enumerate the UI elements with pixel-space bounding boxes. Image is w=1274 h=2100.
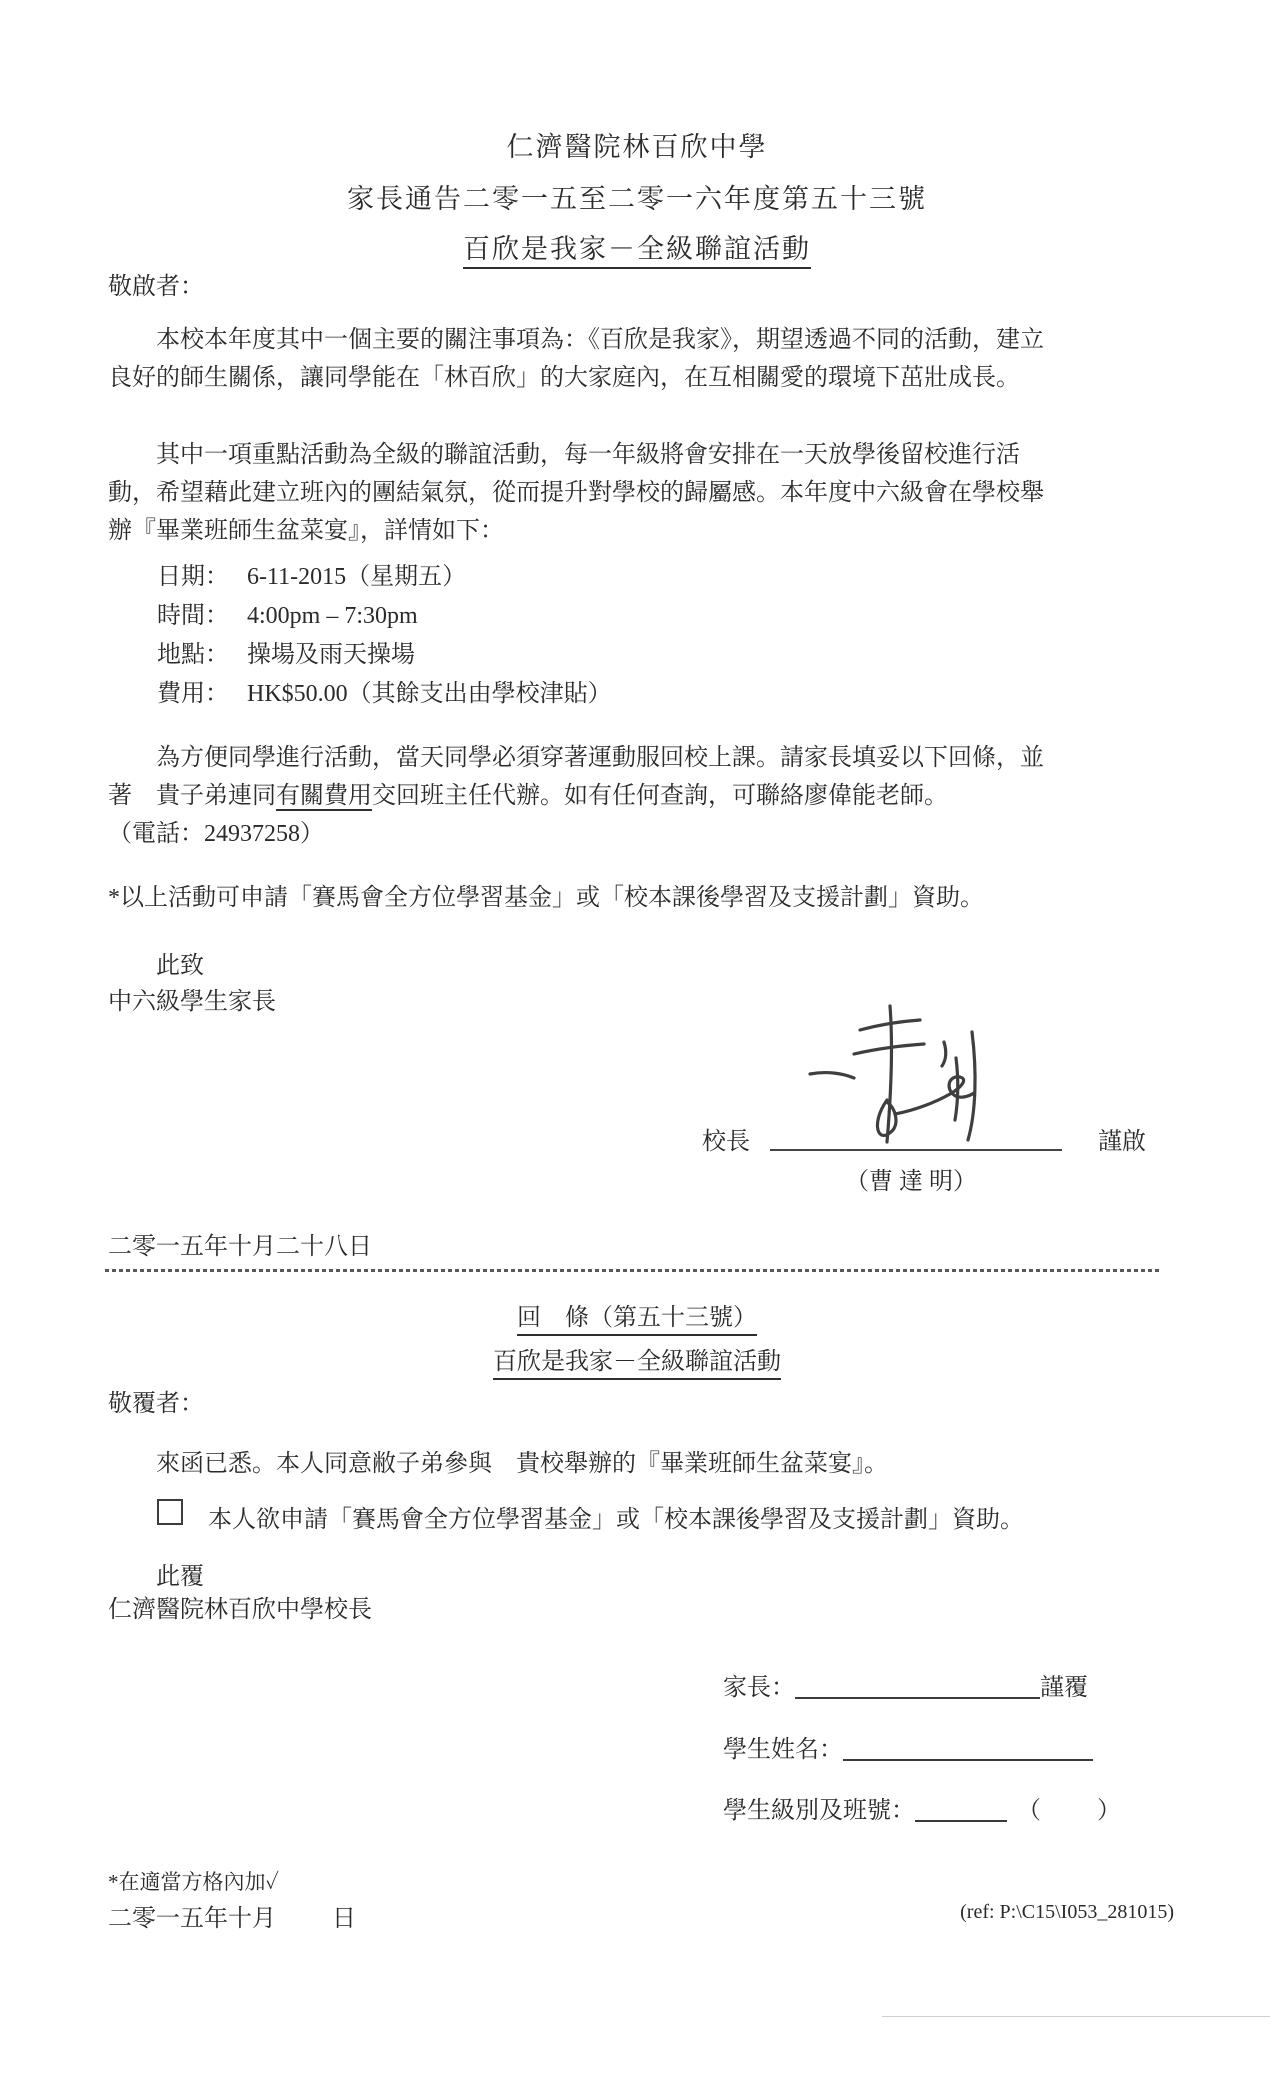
detail-row-fee: 費用：HK$50.00（其餘支出由學校津貼） xyxy=(157,675,612,714)
student-class-label: 學生級別及班號： xyxy=(723,1798,915,1824)
paragraph-line: 辦『畢業班師生盆菜宴』，詳情如下： xyxy=(108,512,1164,550)
student-name-field[interactable] xyxy=(843,1735,1093,1761)
reply-date-suffix: 日 xyxy=(332,1906,356,1932)
reply-body: 來函已悉。本人同意敝子弟參與 貴校舉辦的『畢業班師生盆菜宴』。 xyxy=(156,1443,888,1478)
detail-label: 地點： xyxy=(157,636,233,675)
student-class-field[interactable] xyxy=(915,1796,1007,1822)
notice-header: 仁濟醫院林百欣中學 家長通告二零一五至二零一六年度第五十三號 百欣是我家－全級聯… xyxy=(0,125,1274,266)
signature-line xyxy=(770,1149,1062,1151)
reply-header: 回 條（第五十三號） 百欣是我家－全級聯誼活動 xyxy=(0,1297,1274,1376)
tick-footnote: *在適當方格內加✓ xyxy=(108,1866,279,1896)
paragraph-line: 為方便同學進行活動，當天同學必須穿著運動服回校上課。請家長填妥以下回條，並 xyxy=(108,739,1164,777)
signature-suffix: 謹啟 xyxy=(1098,1121,1146,1156)
closing-salute: 此致 xyxy=(156,945,204,980)
paragraph-line: 本校本年度其中一個主要的關注事項為：《百欣是我家》，期望透過不同的活動，建立 xyxy=(108,321,1164,359)
notice-paragraph-3: 為方便同學進行活動，當天同學必須穿著運動服回校上課。請家長填妥以下回條，並 著 … xyxy=(108,739,1164,853)
notice-paragraph-2: 其中一項重點活動為全級的聯誼活動，每一年級將會安排在一天放學後留校進行活 動，希… xyxy=(108,436,1164,550)
underlined-fee-text: 有關費用 xyxy=(276,783,372,811)
notice-paragraph-1: 本校本年度其中一個主要的關注事項為：《百欣是我家》，期望透過不同的活動，建立 良… xyxy=(108,321,1164,397)
paragraph-line: 良好的師生關係，讓同學能在「林百欣」的大家庭內，在互相關愛的環境下茁壯成長。 xyxy=(108,359,1164,397)
parent-name-field[interactable] xyxy=(795,1673,1040,1699)
event-details-list: 日期：6-11-2015（星期五） 時間：4:00pm – 7:30pm 地點：… xyxy=(157,558,612,714)
phone-line: （電話：24937258） xyxy=(108,815,1164,853)
principal-signature-image xyxy=(798,1000,993,1152)
student-name-row: 學生姓名： xyxy=(723,1729,1093,1764)
detail-row-time: 時間：4:00pm – 7:30pm xyxy=(157,597,612,636)
detail-value: 操場及雨天操場 xyxy=(247,642,415,668)
reply-closing-salute: 此覆 xyxy=(156,1556,204,1591)
paragraph-line: 其中一項重點活動為全級的聯誼活動，每一年級將會安排在一天放學後留校進行活 xyxy=(108,436,1164,474)
notice-number-line: 家長通告二零一五至二零一六年度第五十三號 xyxy=(0,177,1274,216)
paragraph-line: 動，希望藉此建立班內的團結氣氛，從而提升對學校的歸屬感。本年度中六級會在學校舉 xyxy=(108,474,1164,512)
scanned-notice-page: 仁濟醫院林百欣中學 家長通告二零一五至二零一六年度第五十三號 百欣是我家－全級聯… xyxy=(0,0,1274,2100)
paragraph-segment: 著 貴子弟連同 xyxy=(108,783,276,809)
recipients-line: 中六級學生家長 xyxy=(108,981,276,1016)
notice-salutation: 敬啟者： xyxy=(108,266,204,301)
reply-date-row: 二零一五年十月日 xyxy=(108,1898,356,1933)
class-paren-open: （ xyxy=(1017,1798,1041,1824)
detail-value: HK$50.00（其餘支出由學校津貼） xyxy=(247,681,612,707)
school-name: 仁濟醫院林百欣中學 xyxy=(0,125,1274,164)
parent-signature-row: 家長：謹覆 xyxy=(723,1667,1088,1702)
paragraph-line: 著 貴子弟連同有關費用交回班主任代辦。如有任何查詢，可聯絡廖偉能老師。 xyxy=(108,777,1164,815)
funding-checkbox[interactable] xyxy=(157,1499,183,1525)
detail-row-venue: 地點：操場及雨天操場 xyxy=(157,636,612,675)
reply-subtitle: 百欣是我家－全級聯誼活動 xyxy=(493,1349,781,1380)
parent-label: 家長： xyxy=(723,1675,795,1701)
detail-value: 4:00pm – 7:30pm xyxy=(247,603,418,629)
student-class-row: 學生級別及班號：（） xyxy=(723,1790,1121,1825)
parent-suffix: 謹覆 xyxy=(1040,1675,1088,1701)
detail-label: 時間： xyxy=(157,597,233,636)
detail-label: 費用： xyxy=(157,675,233,714)
tear-off-divider xyxy=(105,1269,1161,1272)
paragraph-segment: 交回班主任代辦。如有任何查詢，可聯絡廖偉能老師。 xyxy=(372,783,948,809)
detail-value: 6-11-2015（星期五） xyxy=(247,564,466,590)
reply-date-prefix: 二零一五年十月 xyxy=(108,1906,276,1932)
funding-checkbox-label: 本人欲申請「賽馬會全方位學習基金」或「校本課後學習及支援計劃」資助。 xyxy=(208,1499,1024,1534)
reply-salutation: 敬覆者： xyxy=(108,1383,204,1418)
file-reference: (ref: P:\C15\I053_281015) xyxy=(960,1901,1174,1924)
principal-label: 校長 xyxy=(702,1121,750,1156)
notice-date: 二零一五年十月二十八日 xyxy=(108,1226,372,1261)
principal-name: （曹 達 明） xyxy=(845,1161,977,1196)
detail-label: 日期： xyxy=(157,558,233,597)
funding-note: *以上活動可申請「賽馬會全方位學習基金」或「校本課後學習及支援計劃」資助。 xyxy=(108,877,984,912)
student-name-label: 學生姓名： xyxy=(723,1737,843,1763)
class-paren-close: ） xyxy=(1097,1798,1121,1824)
detail-row-date: 日期：6-11-2015（星期五） xyxy=(157,558,612,597)
scan-artifact-line xyxy=(882,2016,1270,2017)
reply-title: 回 條（第五十三號） xyxy=(517,1305,757,1336)
reply-recipient: 仁濟醫院林百欣中學校長 xyxy=(108,1589,372,1624)
notice-title: 百欣是我家－全級聯誼活動 xyxy=(463,234,811,269)
